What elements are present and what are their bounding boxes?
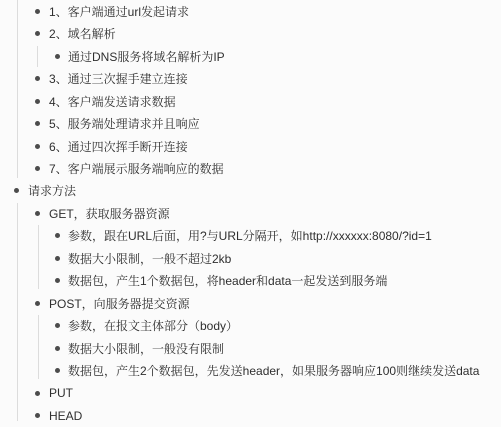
outline-item-text: 1、客户端通过url发起请求 (49, 3, 189, 20)
bullet-icon (55, 54, 60, 59)
outline-item-text: 数据大小限制，一般没有限制 (68, 340, 224, 357)
outline-item-text: 2、域名解析 (49, 25, 116, 42)
outline-item: 6、通过四次挥手断开连接 (0, 135, 501, 157)
outline-item-text: 通过DNS服务将域名解析为IP (68, 48, 225, 65)
bullet-icon (35, 391, 40, 396)
bullet-icon (35, 121, 40, 126)
bullet-icon (55, 323, 60, 328)
outline-item: 数据大小限制，一般没有限制 (0, 337, 501, 359)
outline-item-text: PUT (49, 386, 73, 400)
outline-item: 请求方法 (0, 180, 501, 202)
bullet-icon (35, 211, 40, 216)
outline-item-text: 5、服务端处理请求并且响应 (49, 115, 200, 132)
outline-item-text: 数据大小限制，一般不超过2kb (68, 250, 231, 267)
bullet-icon (35, 76, 40, 81)
outline-item-text: 7、客户端展示服务端响应的数据 (49, 160, 224, 177)
bullet-icon (55, 278, 60, 283)
outline-item: 3、通过三次握手建立连接 (0, 67, 501, 89)
outline-item-text: 参数，在报文主体部分（body） (68, 317, 238, 334)
bullet-icon (55, 256, 60, 261)
outline-item-text: 请求方法 (28, 182, 76, 199)
outline-item: 参数，跟在URL后面，用?与URL分隔开，如http://xxxxxx:8080… (0, 225, 501, 247)
outline: 1、客户端通过url发起请求 2、域名解析 通过DNS服务将域名解析为IP 3、… (0, 0, 501, 427)
outline-item: 数据包，产生2个数据包，先发送header，如果服务器响应100则继续发送dat… (0, 360, 501, 382)
bullet-icon (35, 413, 40, 418)
outline-item: PUT (0, 382, 501, 404)
bullet-icon (35, 31, 40, 36)
outline-item: 7、客户端展示服务端响应的数据 (0, 157, 501, 179)
bullet-icon (55, 233, 60, 238)
outline-item: 数据大小限制，一般不超过2kb (0, 247, 501, 269)
bullet-icon (35, 99, 40, 104)
outline-item-text: HEAD (49, 409, 82, 423)
outline-item: 数据包，产生1个数据包，将header和data一起发送到服务端 (0, 270, 501, 292)
outline-item-text: 3、通过三次握手建立连接 (49, 70, 188, 87)
outline-item: 5、服务端处理请求并且响应 (0, 112, 501, 134)
outline-item: 通过DNS服务将域名解析为IP (0, 45, 501, 67)
bullet-icon (35, 144, 40, 149)
outline-item-text: 参数，跟在URL后面，用?与URL分隔开，如http://xxxxxx:8080… (68, 227, 432, 244)
outline-item: 4、客户端发送请求数据 (0, 90, 501, 112)
outline-item: POST，向服务器提交资源 (0, 292, 501, 314)
outline-item-text: 数据包，产生2个数据包，先发送header，如果服务器响应100则继续发送dat… (68, 362, 479, 379)
bullet-icon (55, 368, 60, 373)
outline-item-text: 6、通过四次挥手断开连接 (49, 138, 188, 155)
outline-item-text: POST，向服务器提交资源 (49, 295, 190, 312)
outline-item: 参数，在报文主体部分（body） (0, 315, 501, 337)
outline-item-text: 4、客户端发送请求数据 (49, 93, 176, 110)
outline-item: 1、客户端通过url发起请求 (0, 0, 501, 22)
outline-item: 2、域名解析 (0, 22, 501, 44)
outline-item: HEAD (0, 404, 501, 426)
notes-outline-page: 1、客户端通过url发起请求 2、域名解析 通过DNS服务将域名解析为IP 3、… (0, 0, 501, 427)
bullet-icon (35, 9, 40, 14)
outline-item-text: GET，获取服务器资源 (49, 205, 170, 222)
bullet-icon (14, 188, 19, 193)
bullet-icon (35, 301, 40, 306)
bullet-icon (55, 346, 60, 351)
outline-item-text: 数据包，产生1个数据包，将header和data一起发送到服务端 (68, 272, 387, 289)
bullet-icon (35, 166, 40, 171)
outline-item: GET，获取服务器资源 (0, 202, 501, 224)
